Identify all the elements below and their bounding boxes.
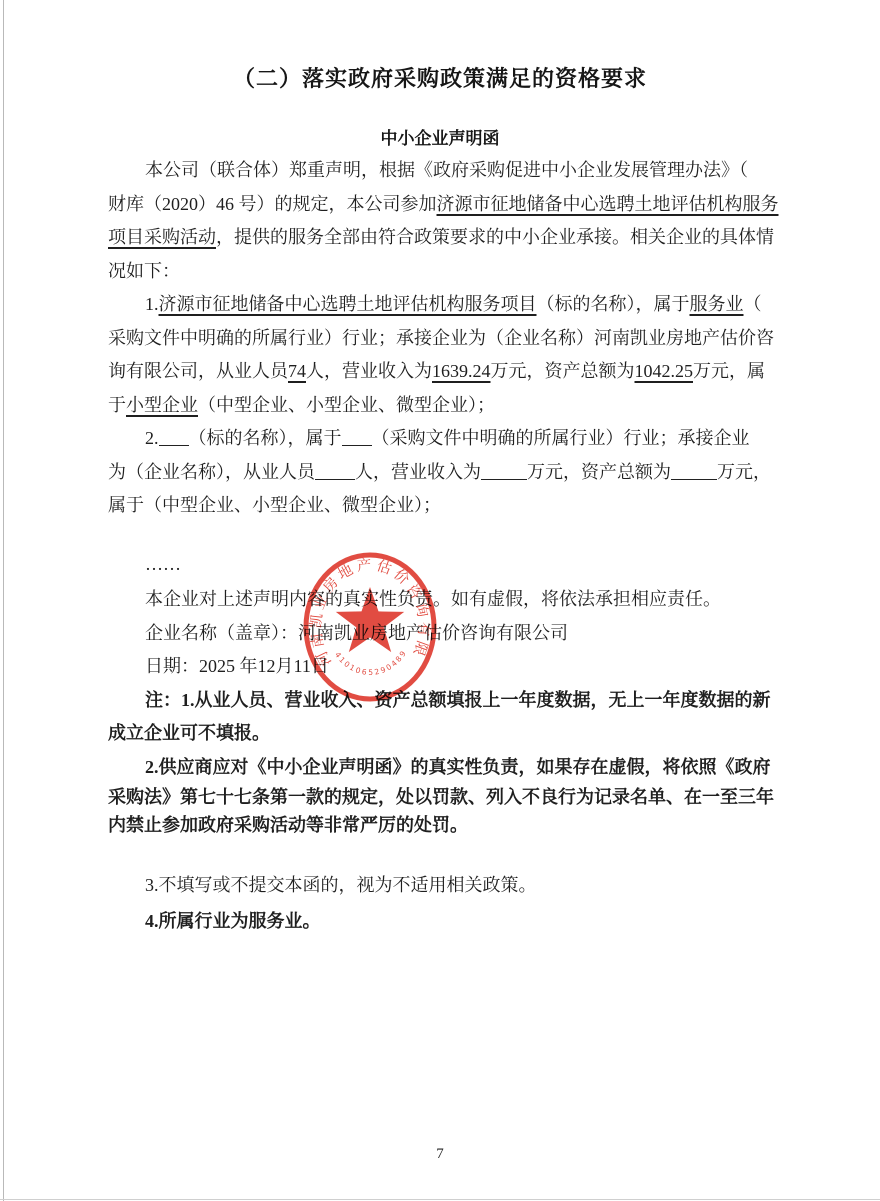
text-run: 2.供应商应对《中小企业声明函》的真实性负责，如果存在虚假，将依照《政府 xyxy=(145,757,771,777)
underlined-text: 1042.25 xyxy=(635,361,694,381)
text-run: 2. xyxy=(145,428,159,448)
text-line: 本企业对上述声明内容的真实性负责。如有虚假，将依法承担相应责任。 xyxy=(108,583,780,617)
text-run: 人，营业收入为 xyxy=(306,361,432,381)
text-run: （采购文件中明确的所属行业）行业；承接企业 xyxy=(372,428,750,448)
underlined-text: 济源市征地储备中心选聘土地评估机构服务项目 xyxy=(159,294,537,314)
text-run: 4.所属行业为服务业。 xyxy=(145,911,321,931)
underlined-text: 项目采购活动 xyxy=(108,227,216,247)
text-run: 成立企业可不填报。 xyxy=(108,723,270,743)
text-run: ，提供的服务全部由符合政策要求的中小企业承接。相关企业的具体情 xyxy=(216,227,774,247)
text-run: 3.不填写或不提交本函的，视为不适用相关政策。 xyxy=(145,875,537,895)
text-run: 况如下： xyxy=(108,261,180,281)
text-line: …… xyxy=(108,548,780,582)
text-run: 本公司（联合体）郑重声明，根据《政府采购促进中小企业发展管理办法》（ xyxy=(145,160,748,180)
underlined-text: 小型企业 xyxy=(126,395,198,415)
text-run: （ xyxy=(744,294,762,314)
underlined-text: 74 xyxy=(288,361,306,381)
fill-in-blank xyxy=(315,459,355,480)
text-run: （标的名称），属于 xyxy=(537,294,690,314)
page-left-edge xyxy=(3,0,4,1201)
text-line: 属于（中型企业、小型企业、微型企业）； xyxy=(108,489,780,523)
text-run: 日期：2025 年12月11日 xyxy=(145,656,329,676)
fill-in-blank xyxy=(159,425,189,446)
text-line: 1.济源市征地储备中心选聘土地评估机构服务项目（标的名称），属于服务业（ xyxy=(108,288,780,322)
page-number: 7 xyxy=(0,1146,880,1163)
underlined-text: 1639.24 xyxy=(432,361,491,381)
text-line: 4.所属行业为服务业。 xyxy=(108,905,780,939)
text-run: …… xyxy=(145,554,181,574)
text-run: 万元， xyxy=(717,462,771,482)
page-bottom-edge xyxy=(0,1199,880,1200)
document-body: 本公司（联合体）郑重声明，根据《政府采购促进中小企业发展管理办法》（财库（202… xyxy=(108,154,780,938)
text-line: 成立企业可不填报。 xyxy=(108,717,780,751)
text-run: 注：1.从业人员、营业收入、资产总额填报上一年度数据，无上一年度数据的新 xyxy=(145,690,771,710)
text-line: 3.不填写或不提交本函的，视为不适用相关政策。 xyxy=(108,869,780,903)
text-line: 况如下： xyxy=(108,255,780,289)
text-run: 属于（中型企业、小型企业、微型企业）； xyxy=(108,495,441,515)
text-run: 财库（2020）46 号）的规定，本公司参加 xyxy=(108,194,437,214)
text-line: 项目采购活动，提供的服务全部由符合政策要求的中小企业承接。相关企业的具体情 xyxy=(108,221,780,255)
text-line: 企业名称（盖章）：河南凯业房地产估价咨询有限公司 xyxy=(108,617,780,651)
fill-in-blank xyxy=(481,459,527,480)
text-line: 注：1.从业人员、营业收入、资产总额填报上一年度数据，无上一年度数据的新 xyxy=(108,684,780,718)
document-page: （二）落实政府采购政策满足的资格要求 中小企业声明函 本公司（联合体）郑重声明，… xyxy=(0,0,880,1201)
text-run: 为（企业名称），从业人员 xyxy=(108,462,315,482)
text-run: 企业名称（盖章）：河南凯业房地产估价咨询有限公司 xyxy=(145,623,568,643)
text-run: 询有限公司，从业人员 xyxy=(108,361,288,381)
text-line: 财库（2020）46 号）的规定，本公司参加济源市征地储备中心选聘土地评估机构服… xyxy=(108,188,780,222)
text-line: 2.供应商应对《中小企业声明函》的真实性负责，如果存在虚假，将依照《政府 xyxy=(108,751,780,785)
underlined-text: 济源市征地储备中心选聘土地评估机构服务 xyxy=(437,194,779,214)
text-run: 采购文件中明确的所属行业）行业；承接企业为（企业名称）河南凯业房地产估价咨 xyxy=(108,328,774,348)
text-run: 采购法》第七十七条第一款的规定，处以罚款、列入不良行为记录名单、在一至三年 xyxy=(108,787,774,807)
text-line: 采购文件中明确的所属行业）行业；承接企业为（企业名称）河南凯业房地产估价咨 xyxy=(108,322,780,356)
text-run: 人，营业收入为 xyxy=(355,462,481,482)
text-line: 于小型企业（中型企业、小型企业、微型企业）； xyxy=(108,389,780,423)
text-line: 日期：2025 年12月11日 xyxy=(108,650,780,684)
text-run: 1. xyxy=(145,294,159,314)
text-run: 于 xyxy=(108,395,126,415)
underlined-text: 服务业 xyxy=(690,294,744,314)
text-run: 万元，属 xyxy=(693,361,765,381)
text-run: 本企业对上述声明内容的真实性负责。如有虚假，将依法承担相应责任。 xyxy=(145,589,721,609)
text-run: 万元，资产总额为 xyxy=(491,361,635,381)
text-run: 万元，资产总额为 xyxy=(527,462,671,482)
fill-in-blank xyxy=(342,425,372,446)
text-line: 本公司（联合体）郑重声明，根据《政府采购促进中小企业发展管理办法》（ xyxy=(108,154,780,188)
doc-title: 中小企业声明函 xyxy=(0,124,880,149)
text-run: 内禁止参加政府采购活动等非常严厉的处罚。 xyxy=(108,815,468,835)
text-line: 询有限公司，从业人员74人，营业收入为1639.24万元，资产总额为1042.2… xyxy=(108,355,780,389)
text-line: 2.（标的名称），属于（采购文件中明确的所属行业）行业；承接企业 xyxy=(108,422,780,456)
text-run: （标的名称），属于 xyxy=(189,428,342,448)
section-title: （二）落实政府采购政策满足的资格要求 xyxy=(0,62,880,93)
text-run: （中型企业、小型企业、微型企业）； xyxy=(198,395,495,415)
text-line: 为（企业名称），从业人员人，营业收入为万元，资产总额为万元， xyxy=(108,456,780,490)
fill-in-blank xyxy=(671,459,717,480)
